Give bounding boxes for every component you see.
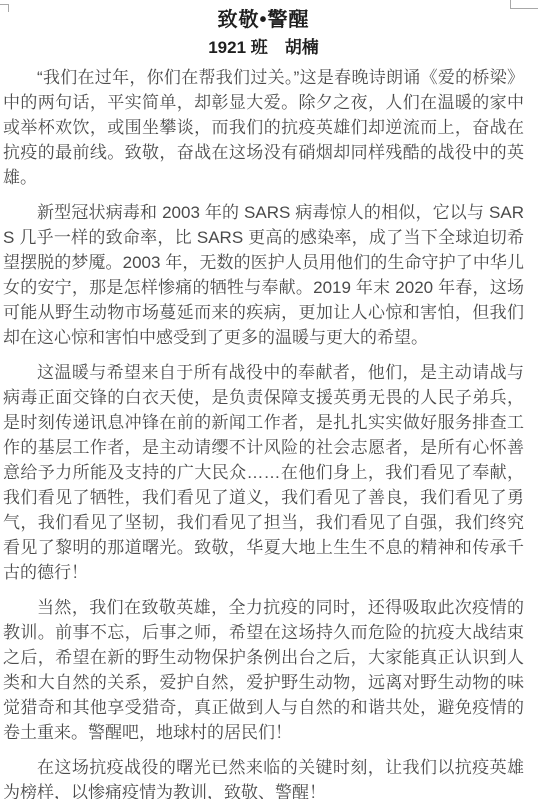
margin-crop-mark-top-left-horizontal	[0, 4, 8, 5]
document-content: 致敬•警醒 1921 班 胡楠 “我们在过年，你们在帮我们过关。”这是春晚诗朗诵…	[3, 8, 524, 799]
paragraph-5: 在这场抗疫战役的曙光已然来临的关键时刻，让我们以抗疫英雄为榜样，以惨痛疫情为教训…	[3, 755, 524, 799]
paragraph-4: 当然，我们在致敬英雄，全力抗疫的同时，还得吸取此次疫情的教训。前事不忘，后事之师…	[3, 595, 524, 745]
document-title: 致敬•警醒	[3, 8, 524, 32]
paragraph-1: “我们在过年，你们在帮我们过关。”这是春晚诗朗诵《爱的桥梁》中的两句话，平实简单…	[3, 65, 524, 190]
paragraph-2: 新型冠状病毒和 2003 年的 SARS 病毒惊人的相似，它以与 SARS 几乎…	[3, 200, 524, 350]
document-byline: 1921 班 胡楠	[3, 37, 524, 58]
paragraph-3: 这温暖与希望来自于所有战役中的奉献者，他们，是主动请战与病毒正面交锋的白衣天使，…	[3, 360, 524, 585]
document-page: 致敬•警醒 1921 班 胡楠 “我们在过年，你们在帮我们过关。”这是春晚诗朗诵…	[0, 0, 538, 799]
document-body: “我们在过年，你们在帮我们过关。”这是春晚诗朗诵《爱的桥梁》中的两句话，平实简单…	[3, 65, 524, 799]
